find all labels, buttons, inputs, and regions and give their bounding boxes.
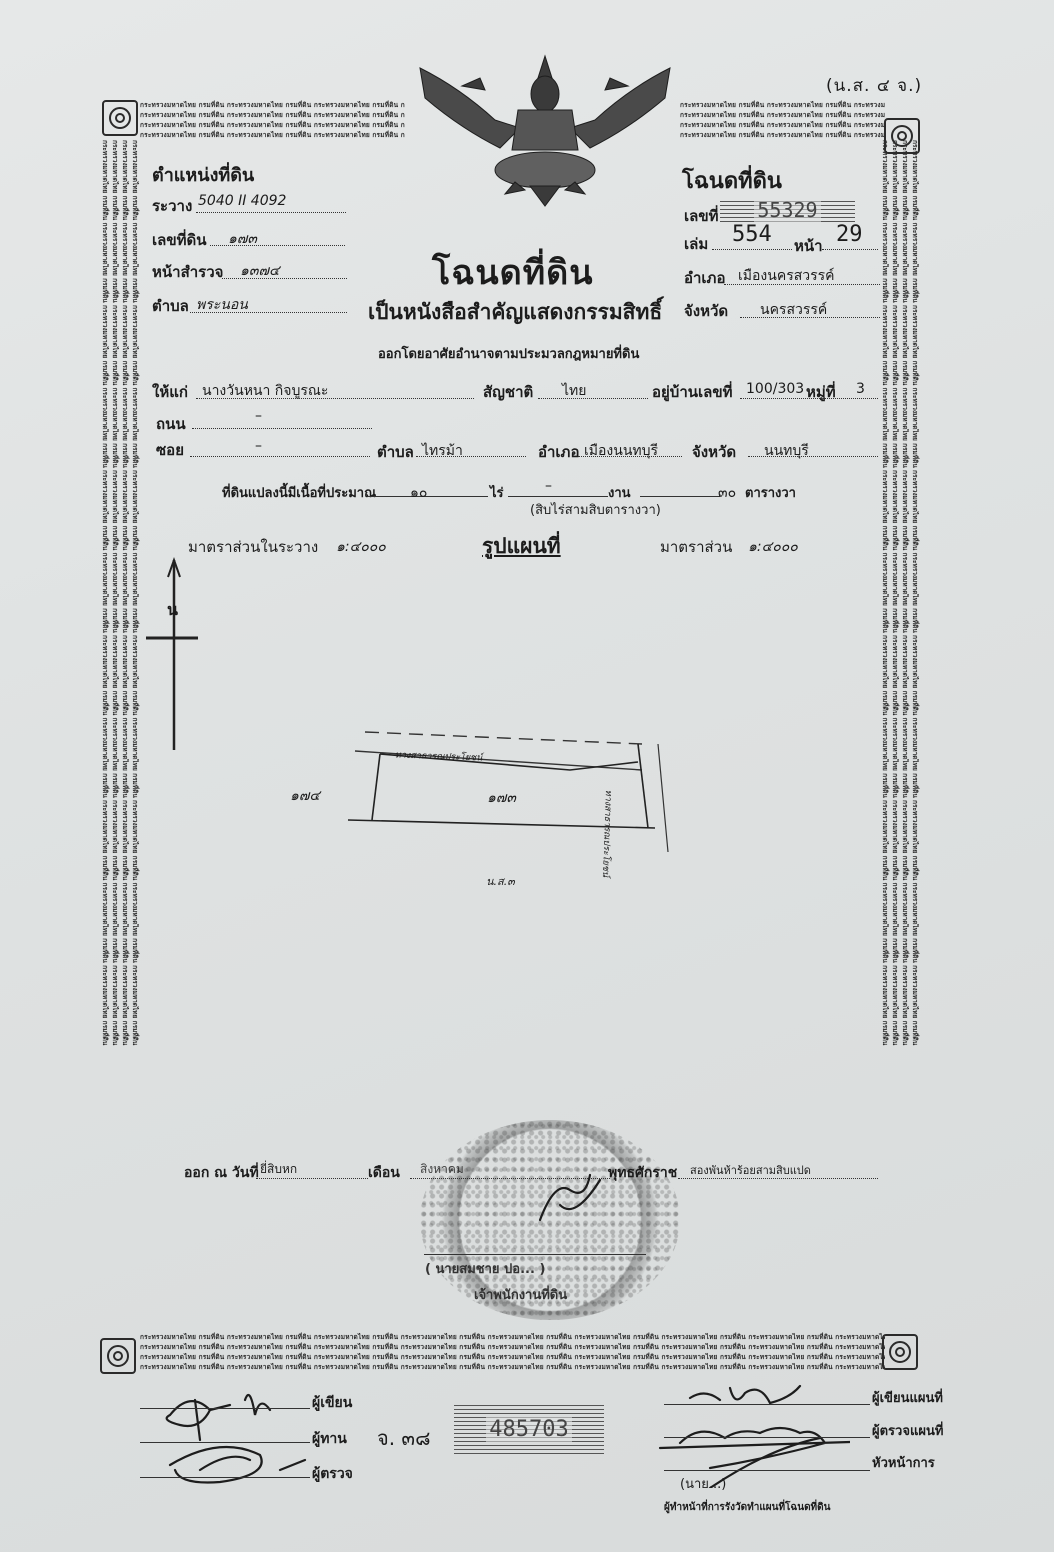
parcel-no-underline bbox=[210, 245, 345, 246]
moo-label: หมู่ที่ bbox=[806, 380, 836, 404]
border-microtext-top-left: กระทรวงมหาดไทย กรมที่ดิน กระทรวงมหาดไทย … bbox=[140, 100, 405, 140]
map-sheet-value: 5040 II 4092 bbox=[198, 193, 286, 209]
page-value: 29 bbox=[836, 222, 863, 247]
ngan-value: – bbox=[545, 478, 552, 494]
rai-unit: ไร่ bbox=[490, 482, 504, 503]
deed-heading: โฉนดที่ดิน bbox=[682, 163, 782, 198]
subdistrict-underline bbox=[190, 312, 347, 313]
owner-province-label: จังหวัด bbox=[692, 440, 736, 464]
series-code: จ. ๓๘ bbox=[377, 1422, 431, 1454]
parcel-no-value: ๑๗๓ bbox=[228, 228, 257, 250]
house-no-label: อยู่บ้านเลขที่ bbox=[652, 380, 732, 404]
owner-subdistrict-underline bbox=[416, 456, 526, 457]
issued-day-value: ยี่สิบหก bbox=[260, 1160, 297, 1179]
writer-line bbox=[140, 1408, 310, 1409]
parcel-no-label: เลขที่ดิน bbox=[152, 228, 206, 252]
map-sheet-label: ระวาง bbox=[152, 194, 192, 218]
owner-subdistrict-value: ไทรม้า bbox=[422, 440, 463, 462]
owner-district-underline bbox=[578, 456, 682, 457]
scale-label: มาตราส่วน bbox=[660, 535, 732, 559]
corner-ornament-icon bbox=[884, 118, 920, 154]
soi-underline bbox=[190, 456, 370, 457]
north-arrow-icon bbox=[140, 555, 210, 755]
border-microtext-right: กระทรวงมหาดไทย กรมที่ดิน กระทรวงมหาดไทย … bbox=[880, 140, 920, 1330]
area-label: ที่ดินแปลงนี้มีเนื้อที่ประมาณ bbox=[222, 482, 376, 503]
deed-no-value: 55329 bbox=[720, 198, 855, 222]
owner-province-underline bbox=[748, 456, 878, 457]
parcel-map-drawing bbox=[260, 720, 680, 880]
parcel-number-label: ๑๗๓ bbox=[487, 787, 516, 809]
map-checker-label: ผู้ตรวจแผนที่ bbox=[872, 1420, 943, 1441]
soi-value: – bbox=[255, 438, 262, 454]
subtitle: เป็นหนังสือสำคัญแสดงกรรมสิทธิ์ bbox=[368, 296, 662, 329]
soi-label: ซอย bbox=[156, 438, 184, 462]
nationality-underline bbox=[538, 398, 648, 399]
year-underline bbox=[678, 1178, 878, 1179]
owner-name-underline bbox=[196, 398, 474, 399]
house-no-value: 100/303 bbox=[746, 381, 804, 397]
land-title-deed-page: (น.ส. ๔ จ.) กระทรวงมหาดไทย กรมที่ดิน กระ… bbox=[0, 0, 1054, 1552]
top-road-label: ทางสาธารณประโยชน์ bbox=[395, 747, 483, 764]
page-label: หน้า bbox=[794, 234, 823, 258]
writer-signatures bbox=[150, 1380, 320, 1500]
nationality-label: สัญชาติ bbox=[483, 380, 533, 404]
issued-under-law: ออกโดยอาศัยอำนาจตามประมวลกฎหมายที่ดิน bbox=[378, 343, 639, 364]
owner-subdistrict-label: ตำบล bbox=[377, 440, 414, 464]
west-neighbor-label: ๑๗๔ bbox=[290, 785, 320, 807]
issued-on-label: ออก ณ วันที่ bbox=[184, 1162, 259, 1184]
map-checker-line bbox=[664, 1437, 870, 1438]
owner-district-label: อำเภอ bbox=[538, 440, 579, 464]
road-underline bbox=[192, 428, 372, 429]
corner-ornament-icon bbox=[100, 1338, 136, 1374]
form-code: (น.ส. ๔ จ.) bbox=[826, 72, 922, 99]
volume-underline bbox=[712, 249, 792, 250]
map-sheet-underline bbox=[196, 212, 346, 213]
moo-value: 3 bbox=[856, 381, 865, 397]
writer-label: ผู้เขียน bbox=[312, 1392, 352, 1414]
district-label: อำเภอ bbox=[684, 266, 725, 290]
owner-district-value: เมืองนนทบุรี bbox=[584, 440, 658, 462]
rai-value: ๑๐ bbox=[410, 482, 427, 504]
reader-label: ผู้ทาน bbox=[312, 1428, 347, 1450]
head-line bbox=[664, 1470, 870, 1471]
survey-page-label: หน้าสำรวจ bbox=[152, 260, 223, 284]
signer-name: (นาย...) bbox=[680, 1473, 726, 1494]
scale-value: ๑:๔๐๐๐ bbox=[748, 536, 798, 558]
day-underline bbox=[256, 1178, 368, 1179]
checker-line bbox=[140, 1477, 310, 1478]
north-label: น bbox=[167, 598, 178, 623]
border-microtext-bottom: กระทรวงมหาดไทย กรมที่ดิน กระทรวงมหาดไทย … bbox=[140, 1332, 885, 1372]
volume-value: 554 bbox=[732, 222, 772, 247]
year-value: สองพันห้าร้อยสามสิบแปด bbox=[690, 1161, 811, 1179]
head-label: หัวหน้าการ bbox=[872, 1452, 935, 1473]
official-signature-line bbox=[424, 1254, 646, 1255]
wa-line bbox=[640, 496, 720, 497]
wa-value: ๓๐ bbox=[718, 482, 736, 504]
deed-no-label: เลขที่ bbox=[684, 204, 718, 228]
official-signature bbox=[530, 1160, 610, 1240]
rai-line bbox=[368, 496, 488, 497]
border-microtext-left: กระทรวงมหาดไทย กรมที่ดิน กระทรวงมหาดไทย … bbox=[100, 140, 140, 1330]
owner-province-value: นนทบุรี bbox=[764, 440, 809, 462]
province-underline bbox=[740, 317, 880, 318]
map-writer-label: ผู้เขียนแผนที่ bbox=[872, 1387, 943, 1408]
official-title: เจ้าพนักงานที่ดิน bbox=[474, 1284, 567, 1305]
map-section-title: รูปแผนที่ bbox=[482, 530, 561, 563]
surveyor-signatures bbox=[650, 1378, 850, 1488]
road-value: – bbox=[255, 408, 262, 424]
land-position-heading: ตำแหน่งที่ดิน bbox=[152, 160, 254, 189]
wa-unit: ตารางวา bbox=[745, 482, 796, 503]
bottom-note: ผู้ทำหน้าที่การรังวัดทำแผนที่โฉนดที่ดิน bbox=[664, 1500, 830, 1515]
serial-number: 485703 bbox=[454, 1404, 604, 1454]
page-underline bbox=[822, 249, 878, 250]
ngan-line bbox=[508, 496, 608, 497]
reader-line bbox=[140, 1442, 310, 1443]
garuda-emblem-icon bbox=[400, 48, 690, 208]
district-underline bbox=[724, 284, 880, 285]
main-title: โฉนดที่ดิน bbox=[432, 245, 593, 299]
official-name: ( นายสมชาย ปอ... ) bbox=[425, 1258, 545, 1279]
house-no-underline bbox=[740, 398, 878, 399]
corner-ornament-icon bbox=[102, 100, 138, 136]
border-microtext-top-right: กระทรวงมหาดไทย กรมที่ดิน กระทรวงมหาดไทย … bbox=[680, 100, 885, 140]
sheet-scale-value: ๑:๔๐๐๐ bbox=[336, 536, 386, 558]
province-label: จังหวัด bbox=[684, 299, 728, 323]
owner-to-label: ให้แก่ bbox=[152, 380, 188, 404]
subdistrict-label: ตำบล bbox=[152, 294, 189, 318]
volume-label: เล่ม bbox=[684, 232, 708, 256]
corner-ornament-icon bbox=[882, 1334, 918, 1370]
area-in-words: (สิบไร่สามสิบตารางวา) bbox=[530, 499, 661, 520]
map-writer-line bbox=[664, 1404, 870, 1405]
south-note-label: น.ส.๓ bbox=[486, 872, 515, 890]
checker-label: ผู้ตรวจ bbox=[312, 1463, 353, 1485]
survey-page-underline bbox=[222, 278, 347, 279]
right-road-label: ทางสาธารณประโยชน์ bbox=[598, 790, 616, 900]
road-label: ถนน bbox=[156, 412, 186, 436]
month-label: เดือน bbox=[368, 1162, 400, 1184]
